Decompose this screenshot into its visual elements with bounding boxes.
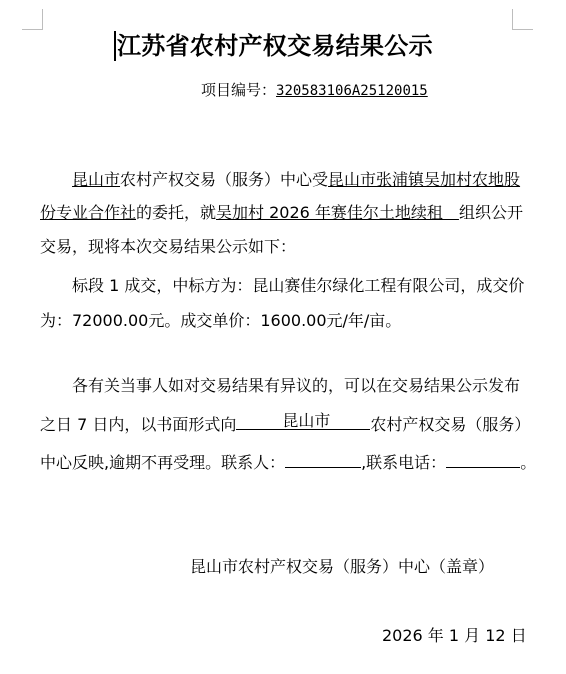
org-name-underlined: 昆山市 [72,170,120,189]
page-corner-mark-top-left [22,9,43,30]
text: 之日 7 日内，以书面形式向 [40,415,236,434]
text: 农村产权交易（服务）中心受 [120,170,328,189]
project-number-line: 项目编号：320583106A25120015 [201,80,428,101]
project-number-label: 项目编号： [201,81,276,99]
text: 中心反映,逾期不再受理。联系人： [40,453,285,472]
city-blank-field[interactable]: 昆山市 [236,413,370,430]
city-value: 昆山市 [282,410,330,432]
indent [40,170,72,189]
text: 农村产权交易（服务） [370,415,530,434]
paragraph1-line1: 昆山市农村产权交易（服务）中心受昆山市张浦镇吴加村农地股 [40,169,530,191]
text: ,联系电话： [361,453,446,472]
text: 组织公开 [459,203,523,222]
client-name-part2: 份专业合作社 [40,203,136,222]
paragraph1-line2: 份专业合作社的委托，就吴加村 2026 年赛佳尔土地续租 组织公开 [40,202,530,224]
project-name: 吴加村 2026 年赛佳尔土地续租 [216,203,459,222]
result-line2: 为：72000.00元。成交单价：1600.00元/年/亩。 [40,310,530,332]
paragraph2-line1: 各有关当事人如对交易结果有异议的，可以在交易结果公示发布 [40,375,530,397]
document-date: 2026 年 1 月 12 日 [382,625,527,647]
client-name-part1: 昆山市张浦镇吴加村农地股 [328,170,520,189]
text-cursor [114,31,116,61]
project-number-value: 320583106A25120015 [276,83,428,99]
text: 的委托，就 [136,203,216,222]
contact-phone-blank-field[interactable] [446,451,520,468]
text: 。 [520,453,536,472]
contact-person-blank-field[interactable] [285,451,361,468]
signature-line: 昆山市农村产权交易（服务）中心（盖章） [190,556,494,578]
paragraph2-line3: 中心反映,逾期不再受理。联系人：,联系电话：。 [40,451,530,474]
paragraph2-line2: 之日 7 日内，以书面形式向昆山市农村产权交易（服务） [40,413,530,436]
paragraph1-line3: 交易，现将本次交易结果公示如下： [40,236,530,258]
document-title[interactable]: 江苏省农村产权交易结果公示 [117,30,433,62]
result-line1: 标段 1 成交，中标方为：昆山赛佳尔绿化工程有限公司，成交价 [40,275,530,297]
page-corner-mark-top-right [512,9,533,30]
